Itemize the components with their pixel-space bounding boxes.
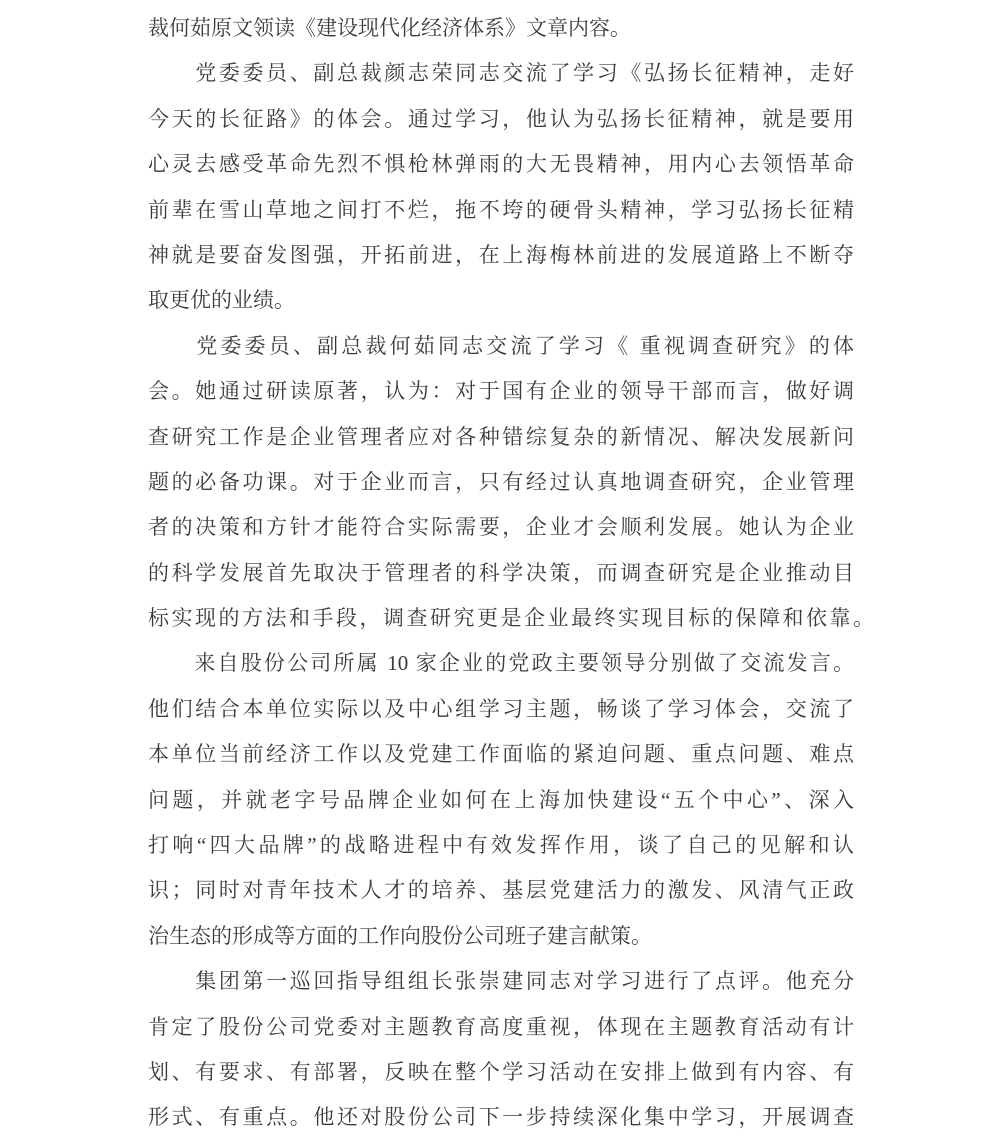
text-line: 划、有要求、有部署，反映在整个学习活动在安排上做到有内容、有	[148, 1050, 854, 1095]
text-line: 党委委员、副总裁颜志荣同志交流了学习《弘扬长征精神，走好	[148, 51, 854, 96]
text-line: 本单位当前经济工作以及党建工作面临的紧迫问题、重点问题、难点	[148, 732, 854, 777]
document-page: 裁何茹原文领读《建设现代化经济体系》文章内容。 党委委员、副总裁颜志荣同志交流了…	[0, 0, 1000, 1147]
text-line: 神就是要奋发图强，开拓前进，在上海梅林前进的发展道路上不断夺	[148, 233, 854, 278]
text-line: 心灵去感受革命先烈不惧枪林弹雨的大无畏精神，用内心去领悟革命	[148, 142, 854, 187]
text-line: 识；同时对青年技术人才的培养、基层党建活力的激发、风清气正政	[148, 868, 854, 913]
text-line: 治生态的形成等方面的工作向股份公司班子建言献策。	[148, 914, 854, 959]
text-line: 肯定了股份公司党委对主题教育高度重视，体现在主题教育活动有计	[148, 1005, 854, 1050]
text-line: 查研究工作是企业管理者应对各种错综复杂的新情况、解决发展新问	[148, 415, 854, 460]
text-line: 者的决策和方针才能符合实际需要，企业才会顺利发展。她认为企业	[148, 505, 854, 550]
text-line: 题的必备功课。对于企业而言，只有经过认真地调查研究，企业管理	[148, 460, 854, 505]
text-line: 今天的长征路》的体会。通过学习，他认为弘扬长征精神，就是要用	[148, 97, 854, 142]
text-line: 党委委员、副总裁何茹同志交流了学习《 重视调查研究》的体	[148, 324, 854, 369]
text-line: 取更优的业绩。	[148, 278, 854, 323]
text-line: 的科学发展首先取决于管理者的科学决策，而调查研究是企业推动目	[148, 551, 854, 596]
text-line: 形式、有重点。他还对股份公司下一步持续深化集中学习，开展调查	[148, 1095, 854, 1140]
document-text-block: 裁何茹原文领读《建设现代化经济体系》文章内容。 党委委员、副总裁颜志荣同志交流了…	[148, 6, 854, 1141]
text-line: 他们结合本单位实际以及中心组学习主题，畅谈了学习体会，交流了	[148, 687, 854, 732]
text-line: 裁何茹原文领读《建设现代化经济体系》文章内容。	[148, 6, 854, 51]
text-line: 标实现的方法和手段，调查研究更是企业最终实现目标的保障和依靠。	[148, 596, 874, 641]
text-line: 前辈在雪山草地之间打不烂，拖不垮的硬骨头精神，学习弘扬长征精	[148, 188, 854, 233]
text-line: 问题，并就老字号品牌企业如何在上海加快建设“五个中心”、深入	[148, 778, 854, 823]
text-line: 打响“四大品牌”的战略进程中有效发挥作用，谈了自己的见解和认	[148, 823, 854, 868]
text-line: 来自股份公司所属 10 家企业的党政主要领导分别做了交流发言。	[148, 641, 854, 686]
text-line: 集团第一巡回指导组组长张崇建同志对学习进行了点评。他充分	[148, 959, 854, 1004]
text-line: 会。她通过研读原著，认为：对于国有企业的领导干部而言，做好调	[148, 369, 854, 414]
